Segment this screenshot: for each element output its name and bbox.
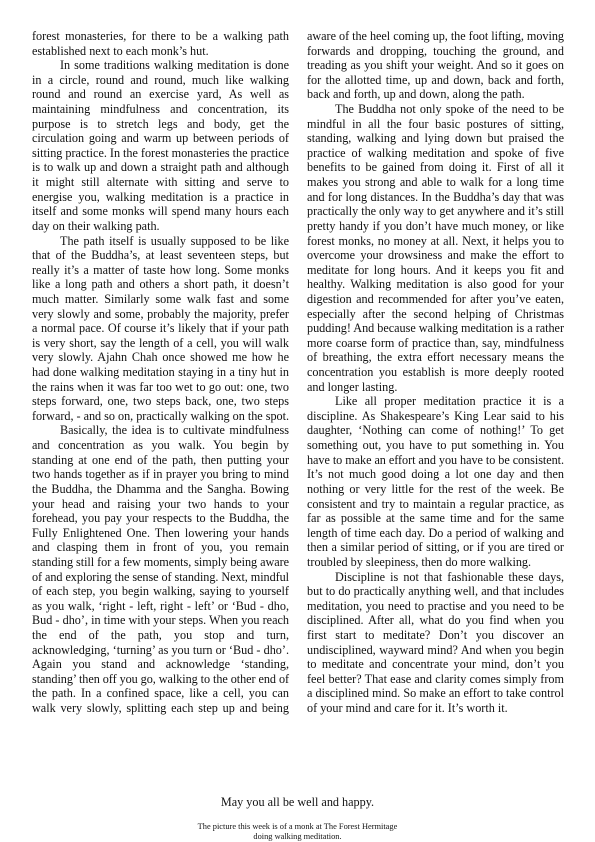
text-line: round and round an exercise yard, As wel… (32, 87, 289, 102)
text-line: forehead, you pay your respects to the B… (32, 511, 289, 526)
text-line: have to make an effort and you have to b… (307, 453, 564, 468)
text-line: very slowly and some, probably the major… (32, 307, 289, 322)
text-line: standing’ then off you go, walking to th… (32, 672, 289, 687)
text-line: it might still alternate with sitting an… (32, 175, 289, 190)
text-line: energise you, walking meditation is a pr… (32, 190, 289, 205)
text-line: and longer lasting. (307, 380, 564, 395)
text-line: forward, - and so on, practically walkin… (32, 409, 289, 424)
text-line: concentration you establish is more deep… (307, 365, 564, 380)
text-line: of breathing, the extra effort necessary… (307, 350, 564, 365)
text-line: of each step, you begin walking, saying … (32, 584, 289, 599)
text-line: Fully Enlightened One. Then lowering you… (32, 526, 289, 541)
text-line: Discipline is not that fashionable these… (307, 570, 564, 585)
text-line: and for long distances. In the Buddha’s … (307, 190, 564, 205)
text-line: In some traditions walking meditation is… (32, 58, 289, 73)
text-line: The path itself is usually supposed to b… (32, 234, 289, 249)
text-line: standing still for a few moments, simply… (32, 555, 289, 570)
text-line: of and exploring the sense of standing. … (32, 570, 289, 585)
text-line: standing at one end of the path, then pu… (32, 453, 289, 468)
text-line: circulation going and warm up between pe… (32, 131, 289, 146)
text-line: healthy. Walking meditation is also good… (307, 277, 564, 292)
text-line: for the allotted time, up and down, back… (307, 73, 564, 88)
text-line: standing, walking and lying down but pra… (307, 131, 564, 146)
text-line: the path. In a confined space, like a ce… (32, 686, 289, 701)
text-line: day on their walking path. (32, 219, 289, 234)
text-line: pudding! And because walking meditation … (307, 321, 564, 336)
text-line: benefits to be gained from doing it. Fir… (307, 160, 564, 175)
text-line: mindful in all the four basic postures o… (307, 117, 564, 132)
text-line: treading as you shift your weight. And s… (307, 58, 564, 73)
text-line: far as possible at the same time and for… (307, 511, 564, 526)
text-line: had done walking meditation staying in a… (32, 365, 289, 380)
text-line: but to do practically anything well, and… (307, 584, 564, 599)
text-line: discipline. As Shakespeare’s King Lear s… (307, 409, 564, 424)
text-line: Like all proper meditation practice it i… (307, 394, 564, 409)
text-line: very slowly. Ajahn Chah once showed me h… (32, 350, 289, 365)
article-column-right: aware of the heel coming up, the foot li… (307, 29, 564, 716)
text-line: in a circle, round and round, much like … (32, 73, 289, 88)
caption-line-2: doing walking meditation. (0, 832, 595, 842)
text-line: something out, you have to put something… (307, 438, 564, 453)
text-line: practically the only way to get anywhere… (307, 204, 564, 219)
text-line: the rains when it was far too wet to go … (32, 380, 289, 395)
text-line: especially after the second helping of C… (307, 307, 564, 322)
text-line: undisciplined, wayward mind? And when yo… (307, 643, 564, 658)
picture-caption: The picture this week is of a monk at Th… (0, 822, 595, 842)
text-line: nothing or very little for the rest of t… (307, 482, 564, 497)
text-line: is very short, say the length of a cell,… (32, 336, 289, 351)
text-line: then a similar period of sitting, or if … (307, 540, 564, 555)
text-line: like a long path and others a short path… (32, 277, 289, 292)
text-line: and clasping them in front of you, you r… (32, 540, 289, 555)
text-line: daughter, ‘Nothing can come of nothing!’… (307, 423, 564, 438)
caption-line-1: The picture this week is of a monk at Th… (0, 822, 595, 832)
text-line: two hands together as if in prayer you b… (32, 467, 289, 482)
text-line: is to walk up and down a straight path a… (32, 160, 289, 175)
text-line: meditate for long hours. And it keeps yo… (307, 263, 564, 278)
text-line: aware of the heel coming up, the foot li… (307, 29, 564, 44)
text-line: meditation, you need to practise and you… (307, 599, 564, 614)
text-line: back and forth, up and down, along the p… (307, 87, 564, 102)
text-line: and concentration as you walk. You begin… (32, 438, 289, 453)
text-line: makes you strong and able to walk for a … (307, 175, 564, 190)
text-line: forest monks, no money at all. Next, it … (307, 234, 564, 249)
text-line: purpose is to stretch legs and body, get… (32, 117, 289, 132)
text-line: pretty handy if you don’t have much mone… (307, 219, 564, 234)
text-line: maintaining mindfulness and concentratio… (32, 102, 289, 117)
text-line: to meditate and concentrate your mind, d… (307, 657, 564, 672)
text-line: of your mind and care for it. It’s worth… (307, 701, 564, 716)
text-line: really it’s a matter of taste how long. … (32, 263, 289, 278)
text-line: first start to meditate? Don’t you disco… (307, 628, 564, 643)
text-line: The Buddha not only spoke of the need to… (307, 102, 564, 117)
text-line: troubled by sleepiness, then do more wal… (307, 555, 564, 570)
article-column-left: forest monasteries, for there to be a wa… (32, 29, 289, 716)
text-line: more coarse form of practice than, say, … (307, 336, 564, 351)
text-line: practice of walking meditation and spoke… (307, 146, 564, 161)
text-line: your head and raising your two hands to … (32, 497, 289, 512)
text-line: the end of the path, you stop and turn, (32, 628, 289, 643)
text-line: walk very slowly, splitting each step up… (32, 701, 289, 716)
text-line: digestion and recommended for after you’… (307, 292, 564, 307)
text-line: feel better? That ease and clarity comes… (307, 672, 564, 687)
text-line: the Buddha, the Dhamma and the Sangha. B… (32, 482, 289, 497)
text-line: consistent and try to maintain a regular… (307, 497, 564, 512)
text-line: forest monasteries, for there to be a wa… (32, 29, 289, 44)
text-line: as you walk, ‘right - left, right - left… (32, 599, 289, 614)
text-line: disciplined. After all, what do you find… (307, 613, 564, 628)
text-line: forwards and dropping, touching the grou… (307, 44, 564, 59)
text-line: sitting practice. In the forest monaster… (32, 146, 289, 161)
text-line: steps forward, one, two steps back, one,… (32, 394, 289, 409)
text-line: It’s not much good doing a lot one day a… (307, 467, 564, 482)
text-line: Basically, the idea is to cultivate mind… (32, 423, 289, 438)
text-line: that of the Buddha’s, at least seventeen… (32, 248, 289, 263)
text-line: length of time each day. Do a period of … (307, 526, 564, 541)
text-line: Bud - dho’, in time with your steps. Whe… (32, 613, 289, 628)
text-line: a disciplined mind. So make an effort to… (307, 686, 564, 701)
closing-blessing: May you all be well and happy. (0, 795, 595, 810)
text-line: itself and some monks will spend many ho… (32, 204, 289, 219)
text-line: established next to each monk’s hut. (32, 44, 289, 59)
text-line: overcome your drowsiness and make the ef… (307, 248, 564, 263)
text-line: much matter. Similarly some walk fast an… (32, 292, 289, 307)
text-line: acknowledging, ‘turning’ as you turn or … (32, 643, 289, 658)
text-line: Again you stand and acknowledge ‘standin… (32, 657, 289, 672)
text-line: a normal pace. Of course it’s likely tha… (32, 321, 289, 336)
